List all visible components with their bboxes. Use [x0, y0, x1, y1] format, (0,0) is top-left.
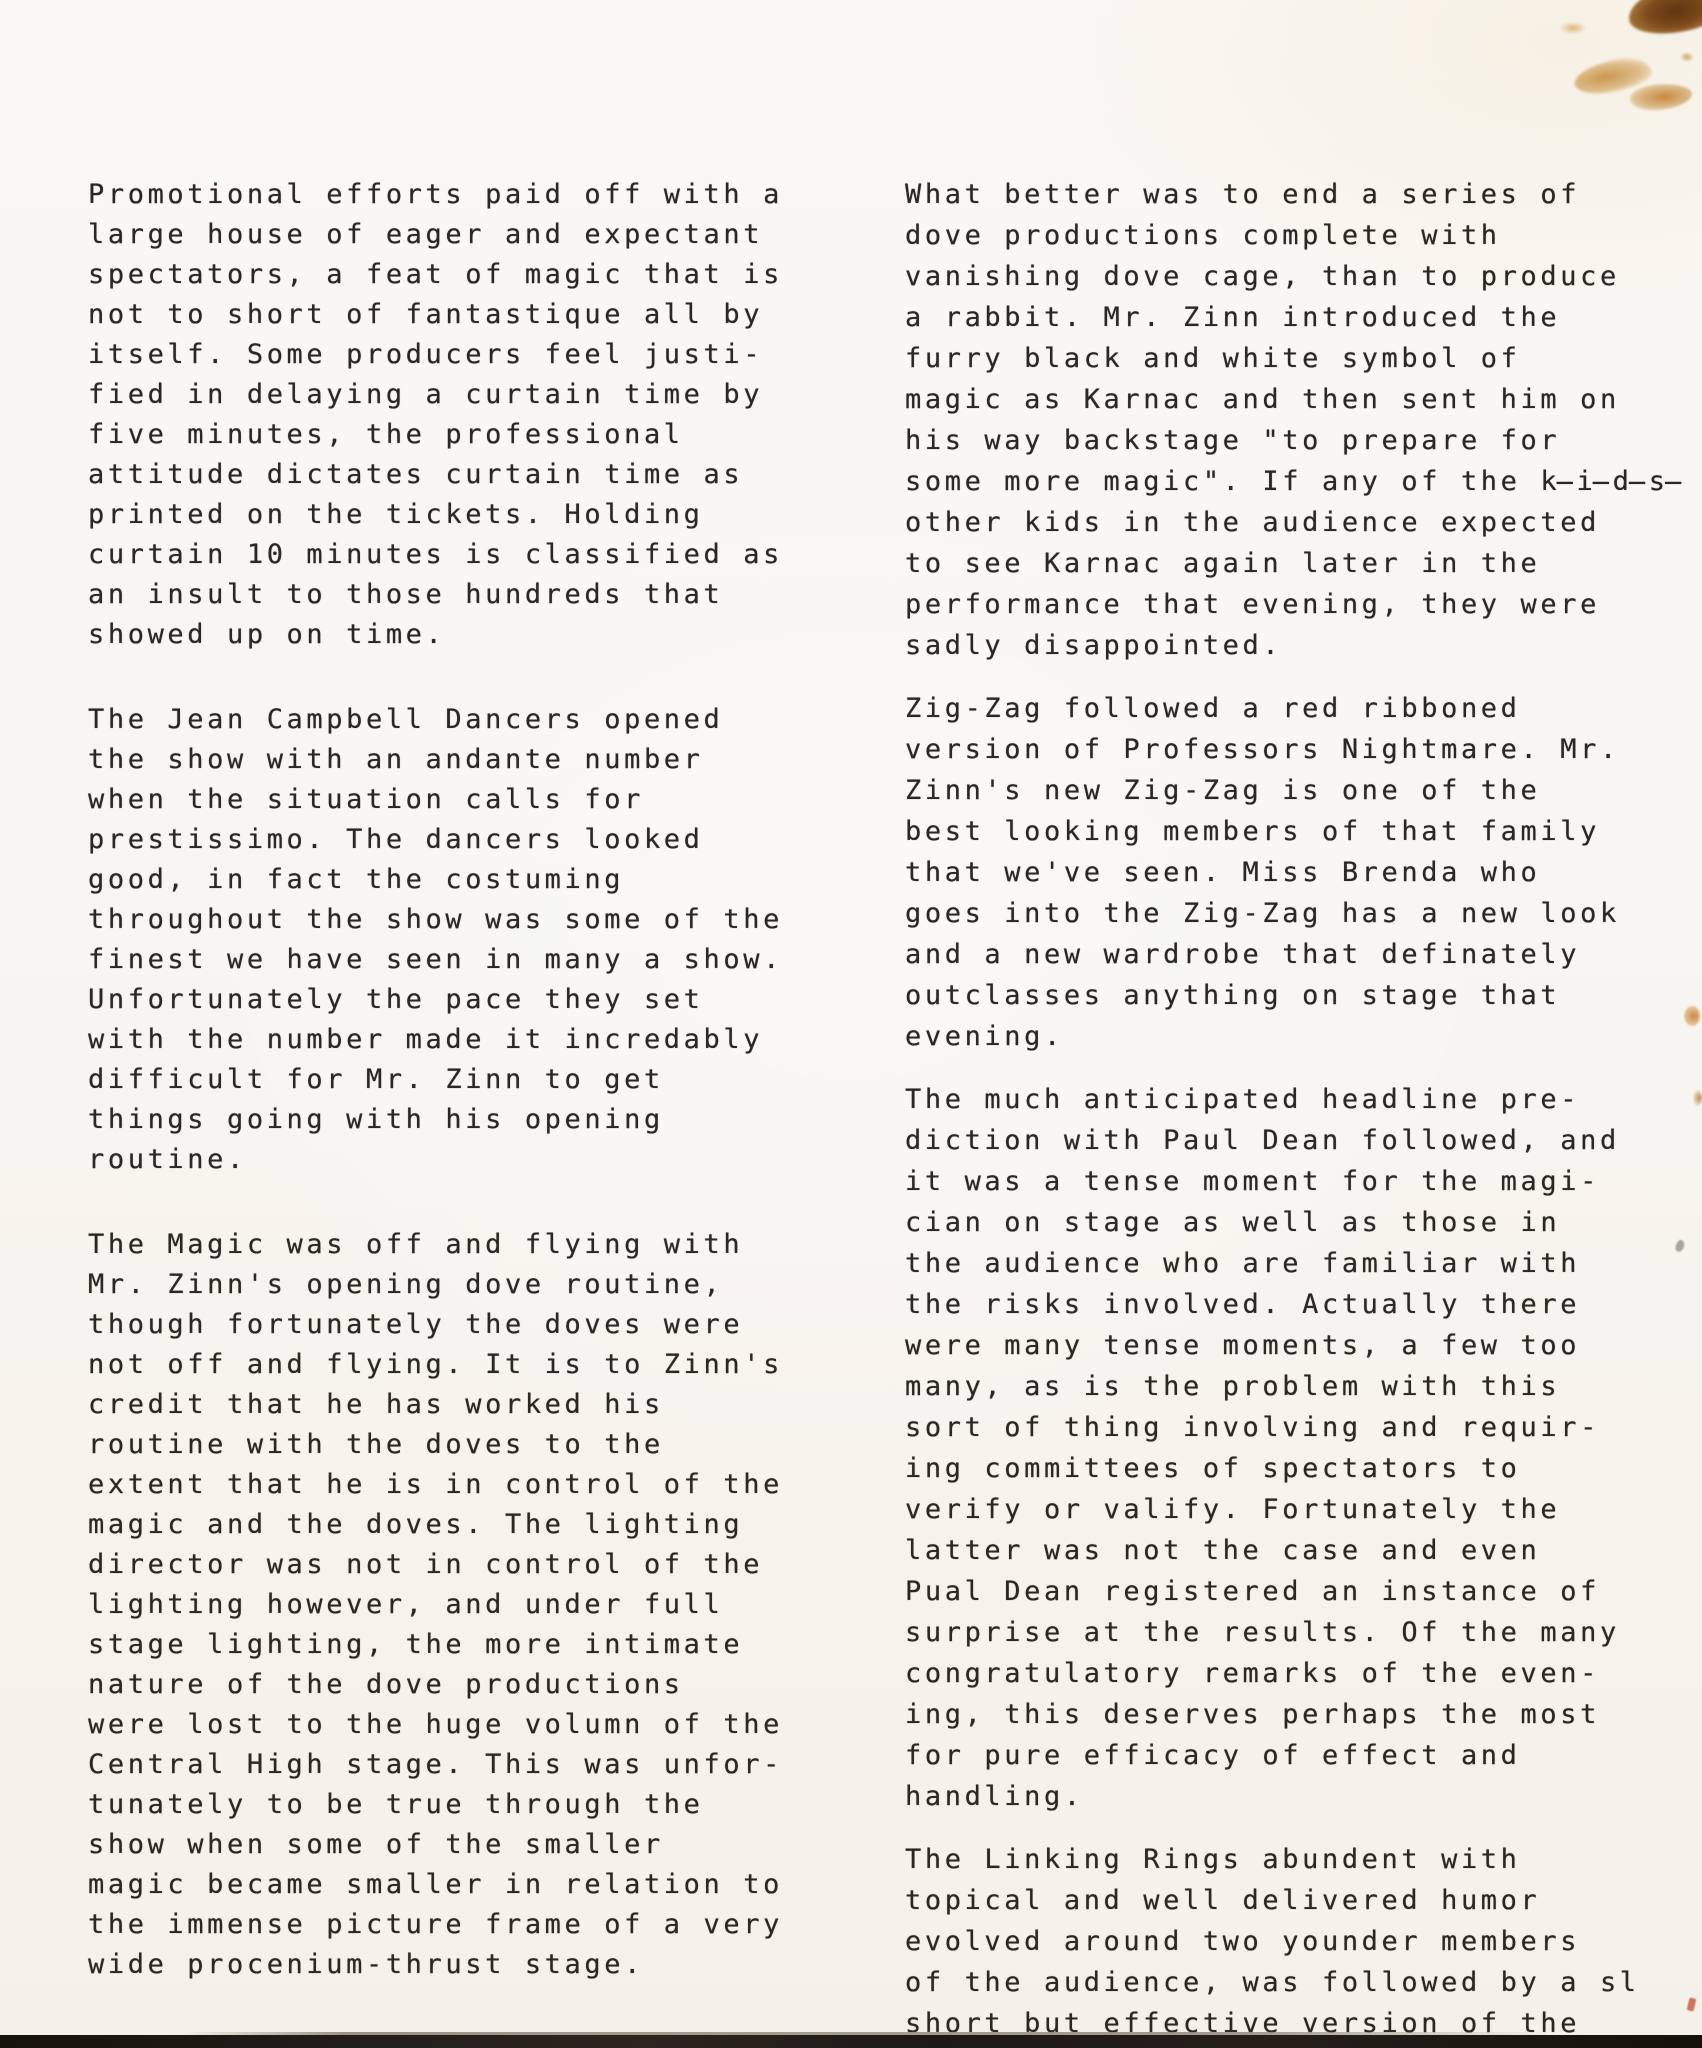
- stain-right-edge-dot: [1684, 1006, 1700, 1026]
- paragraph-linking-rings: The Linking Rings abundent with topical …: [905, 1839, 1685, 2044]
- paragraph-zig-zag: Zig-Zag followed a red ribboned version …: [905, 688, 1685, 1057]
- stain-speck-small: [1560, 22, 1586, 34]
- mark-red-tick: [1687, 1997, 1697, 2011]
- paragraph-dove-productions-rabbit: What better was to end a series of dove …: [905, 174, 1685, 666]
- paragraph-jean-campbell-dancers: The Jean Campbell Dancers opened the sho…: [88, 700, 783, 1180]
- paragraph-promotional-efforts: Promotional efforts paid off with a larg…: [88, 175, 783, 655]
- left-column: Promotional efforts paid off with a larg…: [88, 175, 783, 1985]
- right-column: What better was to end a series of dove …: [905, 174, 1685, 2044]
- paragraph-magic-off-and-flying: The Magic was off and flying with Mr. Zi…: [88, 1225, 783, 1985]
- paragraph-headline-prediction: The much anticipated headline pre- dicti…: [905, 1079, 1685, 1817]
- stain-tan-cluster-a: [1572, 53, 1654, 98]
- scanned-document-page: Promotional efforts paid off with a larg…: [0, 0, 1702, 2048]
- stain-right-edge-tick: [1693, 1090, 1702, 1106]
- stain-speck-tiny: [1680, 52, 1694, 62]
- stain-dark-blob: [1625, 0, 1702, 40]
- stain-tan-cluster-b: [1629, 82, 1693, 112]
- scan-edge-bottom: [0, 2035, 1702, 2048]
